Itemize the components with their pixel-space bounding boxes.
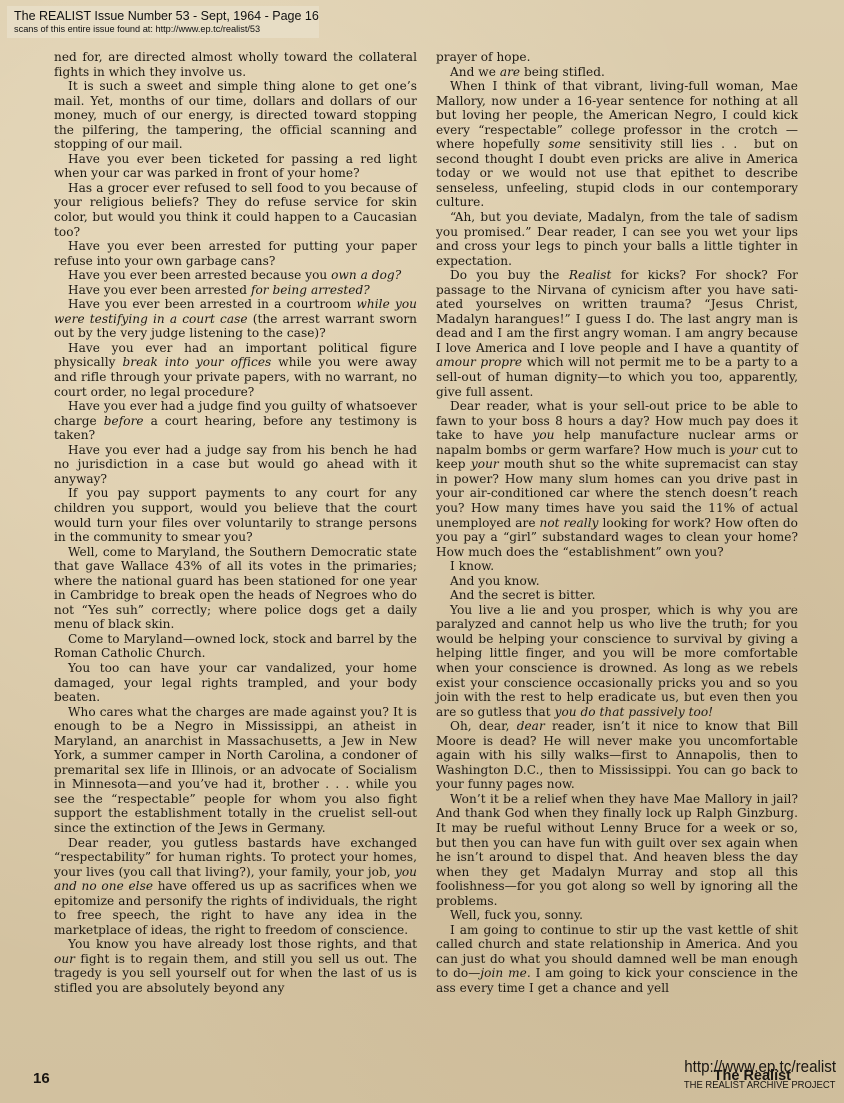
article-paragraph: Well, fuck you, sonny.	[436, 908, 798, 923]
article-paragraph: If you pay support payments to any court…	[54, 486, 417, 544]
article-paragraph: And you know.	[436, 574, 798, 589]
article-paragraph: ned for, are directed almost wholly towa…	[54, 50, 417, 79]
article-paragraph: You live a lie and you prosper, which is…	[436, 603, 798, 719]
article-paragraph: I am going to continue to stir up the va…	[436, 923, 798, 996]
article-paragraph: And we are being stifled.	[436, 65, 798, 80]
article-paragraph: Won’t it be a relief when they have Mae …	[436, 792, 798, 908]
article-paragraph: Has a grocer ever refused to sell food t…	[54, 181, 417, 239]
article-paragraph: prayer of hope.	[436, 50, 798, 65]
article-paragraph: Do you buy the Realist for kicks? For sh…	[436, 268, 798, 399]
article-paragraph: You too can have your car vandalized, yo…	[54, 661, 417, 705]
scan-source-note: scans of this entire issue found at: htt…	[14, 24, 319, 35]
article-column-right: prayer of hope.And we are being stifled.…	[436, 50, 798, 996]
article-paragraph: And the secret is bitter.	[436, 588, 798, 603]
article-paragraph: It is such a sweet and simple thing alon…	[54, 79, 417, 152]
article-paragraph: Have you ever had a judge say from his b…	[54, 443, 417, 487]
article-paragraph: You know you have already lost those rig…	[54, 937, 417, 995]
article-paragraph: When I think of that vibrant, living-ful…	[436, 79, 798, 210]
article-paragraph: Have you ever had an important political…	[54, 341, 417, 399]
issue-title: The REALIST Issue Number 53 - Sept, 1964…	[14, 6, 319, 24]
article-paragraph: Dear reader, you gutless bastards have e…	[54, 836, 417, 938]
article-paragraph: Have you ever had a judge find you guilt…	[54, 399, 417, 443]
page-number: 16	[33, 1070, 50, 1087]
article-column-left: ned for, are directed almost wholly towa…	[54, 50, 417, 996]
article-paragraph: Come to Maryland—owned lock, stock and b…	[54, 632, 417, 661]
article-paragraph: Well, come to Maryland, the Southern Dem…	[54, 545, 417, 632]
article-paragraph: Have you ever been arrested because you …	[54, 268, 417, 283]
article-paragraph: Dear reader, what is your sell-out price…	[436, 399, 798, 559]
article-paragraph: Have you ever been arrested for putting …	[54, 239, 417, 268]
article-paragraph: Who cares what the charges are made agai…	[54, 705, 417, 836]
article-paragraph: Oh, dear, dear reader, isn’t it nice to …	[436, 719, 798, 792]
article-paragraph: I know.	[436, 559, 798, 574]
article-paragraph: Have you ever been ticketed for passing …	[54, 152, 417, 181]
archive-url-link[interactable]: http://www.ep.tc/realist	[684, 1058, 836, 1077]
article-paragraph: Have you ever been arrested for being ar…	[54, 283, 417, 298]
scan-info-header: The REALIST Issue Number 53 - Sept, 1964…	[7, 6, 319, 38]
archive-project-name: THE REALIST ARCHIVE PROJECT	[683, 1079, 835, 1091]
article-paragraph: “Ah, but you deviate, Madalyn, from the …	[436, 210, 798, 268]
article-paragraph: Have you ever been arrested in a courtro…	[54, 297, 417, 341]
